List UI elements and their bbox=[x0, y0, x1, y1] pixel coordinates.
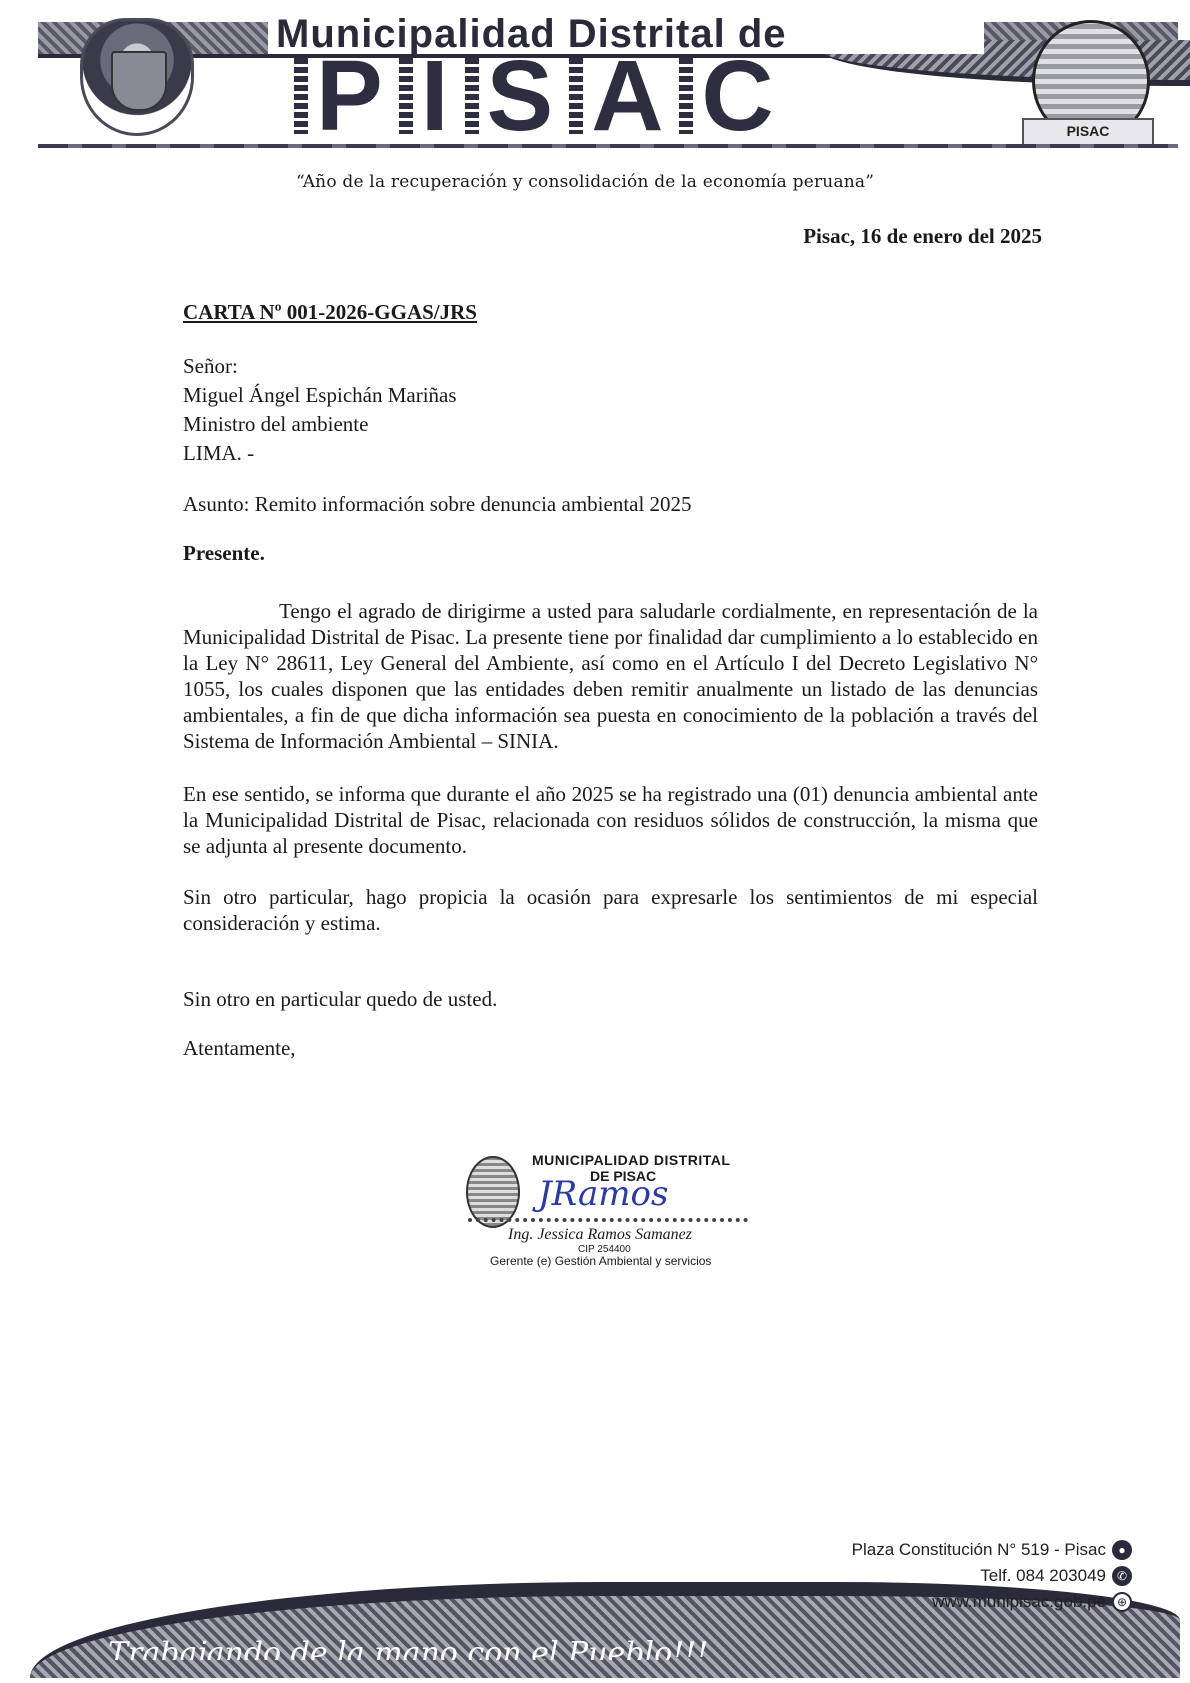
signature-stamp: MUNICIPALIDAD DISTRITAL DE PISAC JRamos … bbox=[460, 1146, 780, 1266]
footer-phone: Telf. 084 203049 ✆ bbox=[980, 1566, 1132, 1586]
letterhead: Municipalidad Distrital de P I S A C PIS… bbox=[0, 0, 1190, 160]
letter-footer: Trabajando de la mano con el Pueblo!!! P… bbox=[0, 1530, 1190, 1683]
phone-text: Telf. 084 203049 bbox=[980, 1566, 1106, 1586]
website-link[interactable]: www.munipisac.gob.pe bbox=[932, 1592, 1106, 1612]
closing-line: Atentamente, bbox=[183, 1036, 296, 1061]
letter-greeting: Presente. bbox=[183, 541, 265, 566]
addressee-name: Miguel Ángel Espichán Mariñas bbox=[183, 381, 457, 410]
wordmark-letter: A bbox=[565, 54, 663, 138]
phone-icon: ✆ bbox=[1112, 1566, 1132, 1586]
footer-website: www.munipisac.gob.pe ⊕ bbox=[932, 1592, 1132, 1612]
body-paragraph: Sin otro particular, hago propicia la oc… bbox=[183, 884, 1038, 936]
closing-line: Sin otro en particular quedo de usted. bbox=[183, 987, 497, 1012]
handwritten-signature: JRamos bbox=[538, 1174, 688, 1214]
stamp-institution: MUNICIPALIDAD DISTRITAL bbox=[532, 1152, 730, 1168]
letter-reference: CARTA Nº 001-2026-GGAS/JRS bbox=[183, 300, 477, 325]
signer-name: Ing. Jessica Ramos Samanez bbox=[508, 1226, 692, 1244]
wordmark-letter: P bbox=[290, 54, 383, 138]
globe-icon: ⊕ bbox=[1112, 1592, 1132, 1612]
signature-line bbox=[468, 1218, 748, 1222]
letter-date: Pisac, 16 de enero del 2025 bbox=[803, 224, 1042, 249]
wordmark-letter: I bbox=[395, 54, 449, 138]
body-paragraph: Tengo el agrado de dirigirme a usted par… bbox=[183, 598, 1038, 754]
header-divider bbox=[38, 144, 1178, 148]
signer-role: Gerente (e) Gestión Ambiental y servicio… bbox=[490, 1254, 711, 1268]
footer-address: Plaza Constitución N° 519 - Pisac ● bbox=[852, 1540, 1132, 1560]
addressee-salutation: Señor: bbox=[183, 352, 457, 381]
seal-ribbon: PISAC bbox=[1022, 118, 1154, 146]
letterhead-pisac-wordmark: P I S A C bbox=[290, 54, 774, 138]
location-pin-icon: ● bbox=[1112, 1540, 1132, 1560]
letter-subject: Asunto: Remito información sobre denunci… bbox=[183, 492, 692, 517]
footer-slogan: Trabajando de la mano con el Pueblo!!! bbox=[108, 1634, 708, 1660]
peru-coat-of-arms-icon bbox=[80, 18, 194, 136]
year-motto: “Año de la recuperación y consolidación … bbox=[296, 172, 874, 192]
addressee-city: LIMA. - bbox=[183, 439, 457, 468]
wordmark-letter: S bbox=[461, 54, 554, 138]
address-text: Plaza Constitución N° 519 - Pisac bbox=[852, 1540, 1106, 1560]
body-paragraph: En ese sentido, se informa que durante e… bbox=[183, 781, 1038, 859]
addressee-block: Señor: Miguel Ángel Espichán Mariñas Min… bbox=[183, 352, 457, 468]
wordmark-letter: C bbox=[675, 54, 773, 138]
addressee-title: Ministro del ambiente bbox=[183, 410, 457, 439]
